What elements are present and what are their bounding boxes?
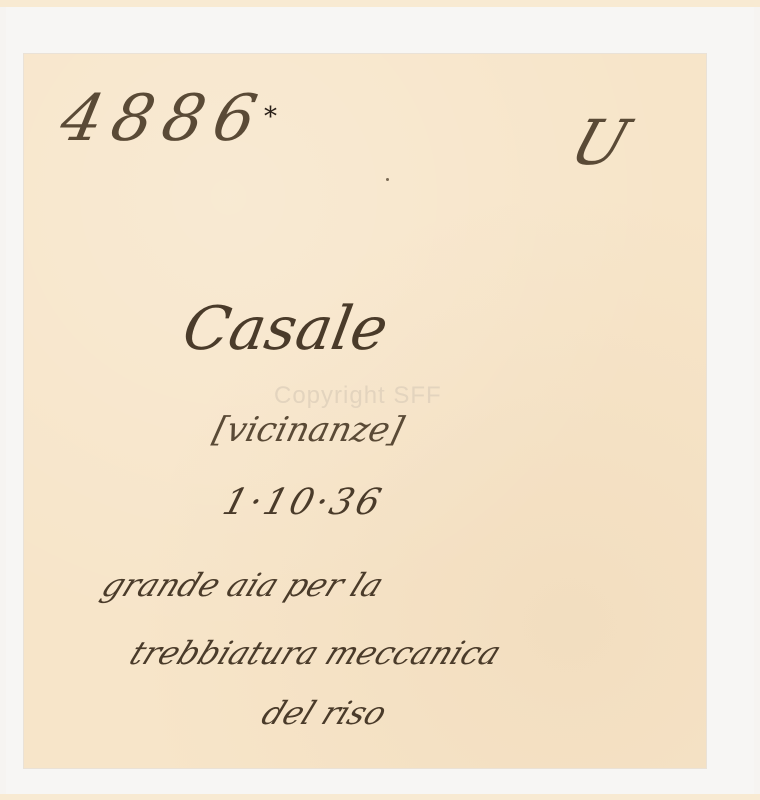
catalog-number: 4886 xyxy=(54,82,273,156)
subplace-note: [vicinanze] xyxy=(209,410,408,450)
date: 1·10·36 xyxy=(218,482,388,523)
copyright-watermark: Copyright SFF xyxy=(274,382,442,410)
archival-card: 4886 * U Casale Copyright SFF [vicinanze… xyxy=(24,54,706,768)
description-line-3: del riso xyxy=(256,694,392,732)
top-edge-strip xyxy=(0,0,760,7)
ink-speck xyxy=(386,178,389,181)
description-line-2: trebbiatura meccanica xyxy=(124,634,507,672)
corner-letter: U xyxy=(562,106,638,179)
description-line-1: grande aia per la xyxy=(96,566,389,604)
place-name: Casale xyxy=(178,294,393,364)
bottom-edge-strip xyxy=(0,794,760,800)
star-icon: * xyxy=(264,102,277,132)
